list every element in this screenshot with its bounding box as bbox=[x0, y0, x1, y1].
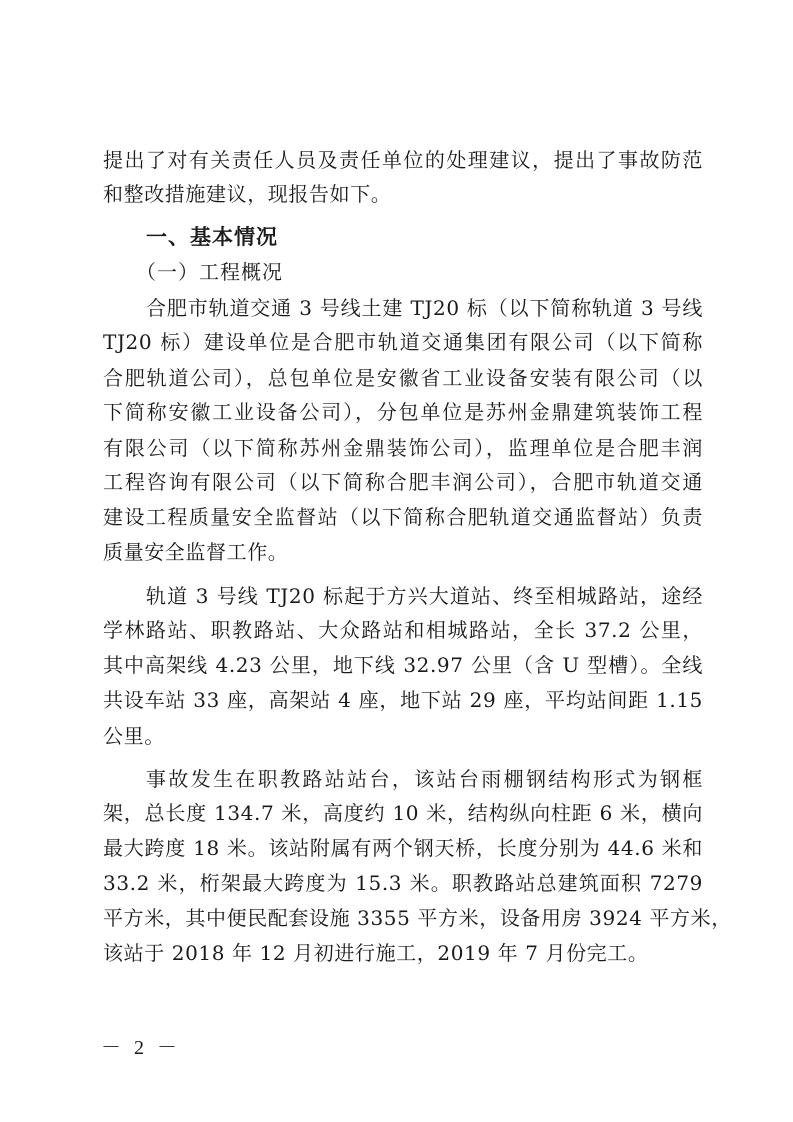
paragraph-line: 公里。 bbox=[103, 723, 703, 749]
intro-line: 提出了对有关责任人员及责任单位的处理建议，提出了事故防范 bbox=[103, 147, 703, 173]
paragraph-line: 共设车站 33 座，高架站 4 座，地下站 29 座，平均站间距 1.15 bbox=[103, 687, 703, 713]
paragraph-line: 33.2 米，桁架最大跨度为 15.3 米。职教路站总建筑面积 7279 bbox=[103, 870, 703, 896]
paragraph-line: 事故发生在职教路站站台，该站台雨棚钢结构形式为钢框 bbox=[146, 766, 703, 792]
page-number: － 2 － bbox=[101, 1031, 181, 1060]
paragraph-line: 有限公司（以下简称苏州金鼎装饰公司），监理单位是合肥丰润 bbox=[103, 435, 703, 461]
paragraph-line: 轨道 3 号线 TJ20 标起于方兴大道站、终至相城路站，途经 bbox=[146, 583, 703, 609]
paragraph-line: 质量安全监督工作。 bbox=[103, 539, 703, 565]
section-heading: 一、基本情况 bbox=[146, 224, 278, 250]
paragraph-line: 合肥市轨道交通 3 号线土建 TJ20 标（以下简称轨道 3 号线 bbox=[146, 295, 703, 321]
subsection-heading: （一）工程概况 bbox=[136, 259, 283, 285]
paragraph-line: 合肥轨道公司），总包单位是安徽省工业设备安装有限公司（以 bbox=[103, 365, 703, 391]
intro-line: 和整改措施建议，现报告如下。 bbox=[103, 181, 703, 207]
paragraph-line: 架，总长度 134.7 米，高度约 10 米，结构纵向柱距 6 米，横向 bbox=[103, 800, 703, 826]
paragraph-line: 其中高架线 4.23 公里，地下线 32.97 公里（含 U 型槽）。全线 bbox=[103, 652, 703, 678]
paragraph-line: 工程咨询有限公司（以下简称合肥丰润公司），合肥市轨道交通 bbox=[103, 469, 703, 495]
document-page: 提出了对有关责任人员及责任单位的处理建议，提出了事故防范 和整改措施建议，现报告… bbox=[0, 0, 793, 1122]
paragraph-line: 最大跨度 18 米。该站附属有两个钢天桥，长度分别为 44.6 米和 bbox=[103, 835, 703, 861]
paragraph-line: 学林路站、职教路站、大众路站和相城路站，全长 37.2 公里， bbox=[103, 617, 703, 643]
paragraph-line: TJ20 标）建设单位是合肥市轨道交通集团有限公司（以下简称 bbox=[103, 329, 703, 355]
paragraph-line: 该站于 2018 年 12 月初进行施工，2019 年 7 月份完工。 bbox=[103, 940, 703, 966]
paragraph-line: 建设工程质量安全监督站（以下简称合肥轨道交通监督站）负责 bbox=[103, 504, 703, 530]
paragraph-line: 平方米，其中便民配套设施 3355 平方米，设备用房 3924 平方米， bbox=[103, 905, 703, 931]
paragraph-line: 下简称安徽工业设备公司），分包单位是苏州金鼎建筑装饰工程 bbox=[103, 399, 703, 425]
